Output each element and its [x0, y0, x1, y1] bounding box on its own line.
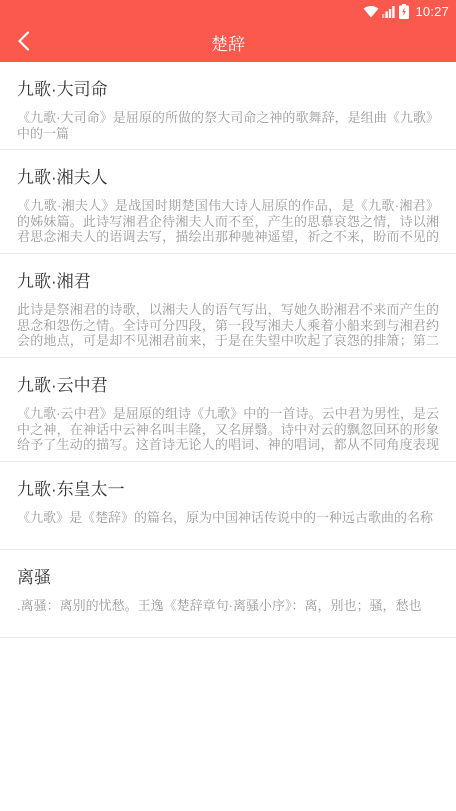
poem-description: 《九歌》是《楚辞》的篇名，原为中国神话传说中的一种远古歌曲的名称: [17, 510, 439, 526]
poem-title: 九歌·云中君: [17, 371, 439, 396]
list-item[interactable]: 九歌·云中君 《九歌·云中君》是屈原的组诗《九歌》中的一首诗。云中君为男性，是云…: [0, 358, 456, 462]
poem-description: 《九歌·湘夫人》是战国时期楚国伟大诗人屈原的作品，是《九歌·湘君》的姊妹篇。此诗…: [17, 198, 439, 245]
app-header: 楚辞: [0, 22, 456, 62]
status-time: 10:27: [415, 4, 449, 19]
signal-icon: [382, 5, 396, 18]
poem-description: 此诗是祭湘君的诗歌，以湘夫人的语气写出，写她久盼湘君不来而产生的思念和怨伤之情。…: [17, 302, 439, 349]
battery-charging-icon: [399, 4, 409, 19]
list-item[interactable]: 九歌·湘君 此诗是祭湘君的诗歌，以湘夫人的语气写出，写她久盼湘君不来而产生的思念…: [0, 254, 456, 358]
list-item[interactable]: 九歌·大司命 《九歌·大司命》是屈原的所做的祭大司命之神的歌舞辞，是组曲《九歌》…: [0, 62, 456, 150]
list-item[interactable]: 九歌·东皇太一 《九歌》是《楚辞》的篇名，原为中国神话传说中的一种远古歌曲的名称: [0, 462, 456, 550]
poem-list: 九歌·大司命 《九歌·大司命》是屈原的所做的祭大司命之神的歌舞辞，是组曲《九歌》…: [0, 62, 456, 638]
list-item[interactable]: 九歌·湘夫人 《九歌·湘夫人》是战国时期楚国伟大诗人屈原的作品，是《九歌·湘君》…: [0, 150, 456, 254]
poem-description: .离骚：离别的忧愁。王逸《楚辞章句·离骚小序》：离，别也；骚，愁也: [17, 598, 439, 614]
poem-title: 九歌·湘夫人: [17, 163, 439, 188]
poem-title: 九歌·湘君: [17, 267, 439, 292]
poem-title: 九歌·东皇太一: [17, 475, 439, 500]
page-title: 楚辞: [211, 30, 245, 55]
back-chevron-icon: [16, 30, 32, 55]
list-item[interactable]: 离骚 .离骚：离别的忧愁。王逸《楚辞章句·离骚小序》：离，别也；骚，愁也: [0, 550, 456, 638]
poem-title: 离骚: [17, 563, 439, 588]
status-bar: 10:27: [0, 0, 456, 22]
wifi-icon: [363, 5, 379, 18]
poem-description: 《九歌·云中君》是屈原的组诗《九歌》中的一首诗。云中君为男性，是云中之神，在神话…: [17, 406, 439, 453]
back-button[interactable]: [6, 22, 42, 62]
poem-description: 《九歌·大司命》是屈原的所做的祭大司命之神的歌舞辞，是组曲《九歌》中的一篇: [17, 110, 439, 141]
poem-title: 九歌·大司命: [17, 75, 439, 100]
